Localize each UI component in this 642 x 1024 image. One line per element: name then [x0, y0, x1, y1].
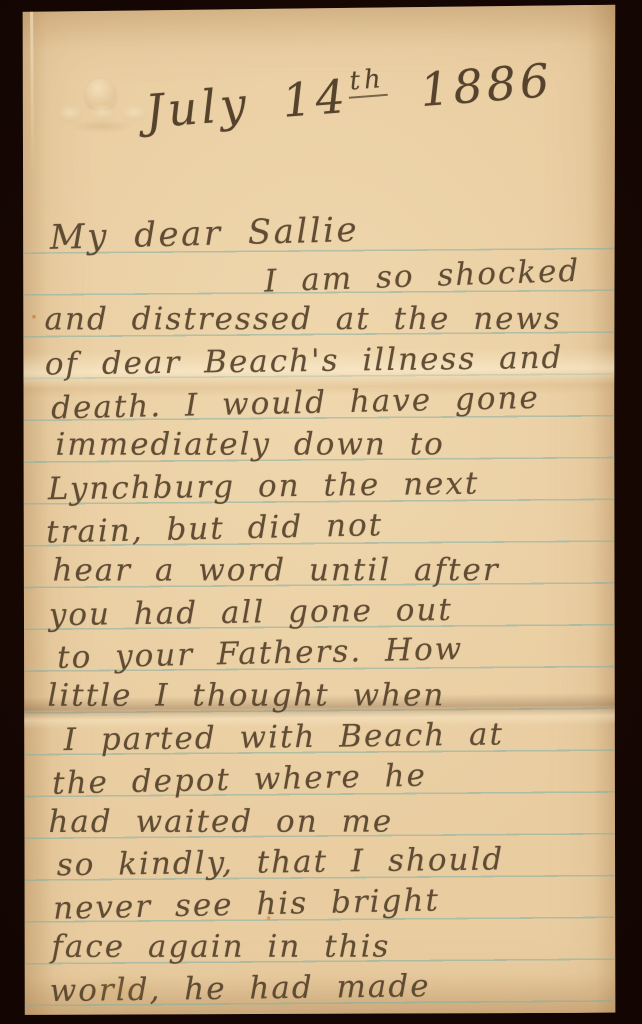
handwriting-line: Lynchburg on the next	[48, 466, 480, 508]
handwriting-line: the depot where he	[52, 758, 428, 802]
corner-crease	[30, 9, 34, 174]
seal-base	[60, 120, 144, 135]
letter-paper: July 14th 1886 My dear Sallie I am so sh…	[16, 5, 625, 1018]
stain-spot	[31, 314, 36, 319]
embossed-seal-icon	[52, 78, 152, 141]
date-line: July 14th 1886	[143, 53, 555, 139]
handwriting-line: never see his bright	[53, 882, 440, 926]
salutation: My dear Sallie	[49, 210, 359, 258]
handwriting-line: death. I would have gone	[51, 380, 540, 427]
handwriting-line: and distressed at the news	[44, 301, 562, 337]
handwriting-line: had waited on me	[48, 804, 393, 840]
handwriting-line: little I thought when	[47, 677, 445, 713]
handwriting-line: immediately down to	[55, 426, 444, 462]
stain-spot	[266, 915, 271, 920]
handwriting-line: I parted with Beach at	[64, 716, 505, 758]
handwriting-line: of dear Beach's illness and	[45, 340, 564, 383]
handwriting-line: to your Fathers. How	[57, 631, 464, 676]
date-month-day: July 14	[143, 69, 350, 139]
date-year: 1886	[418, 53, 555, 117]
handwriting-line: hear a word until after	[52, 552, 499, 588]
handwriting-line: train, but did not	[46, 507, 384, 550]
body-lines: and distressed at the newsof dear Beach'…	[44, 299, 625, 1017]
handwriting-line: face again in this	[51, 929, 390, 965]
date-day-suffix: th	[346, 64, 388, 99]
handwriting-line: you had all gone out	[49, 592, 454, 633]
handwriting-line: so kindly, that I should	[57, 841, 505, 883]
